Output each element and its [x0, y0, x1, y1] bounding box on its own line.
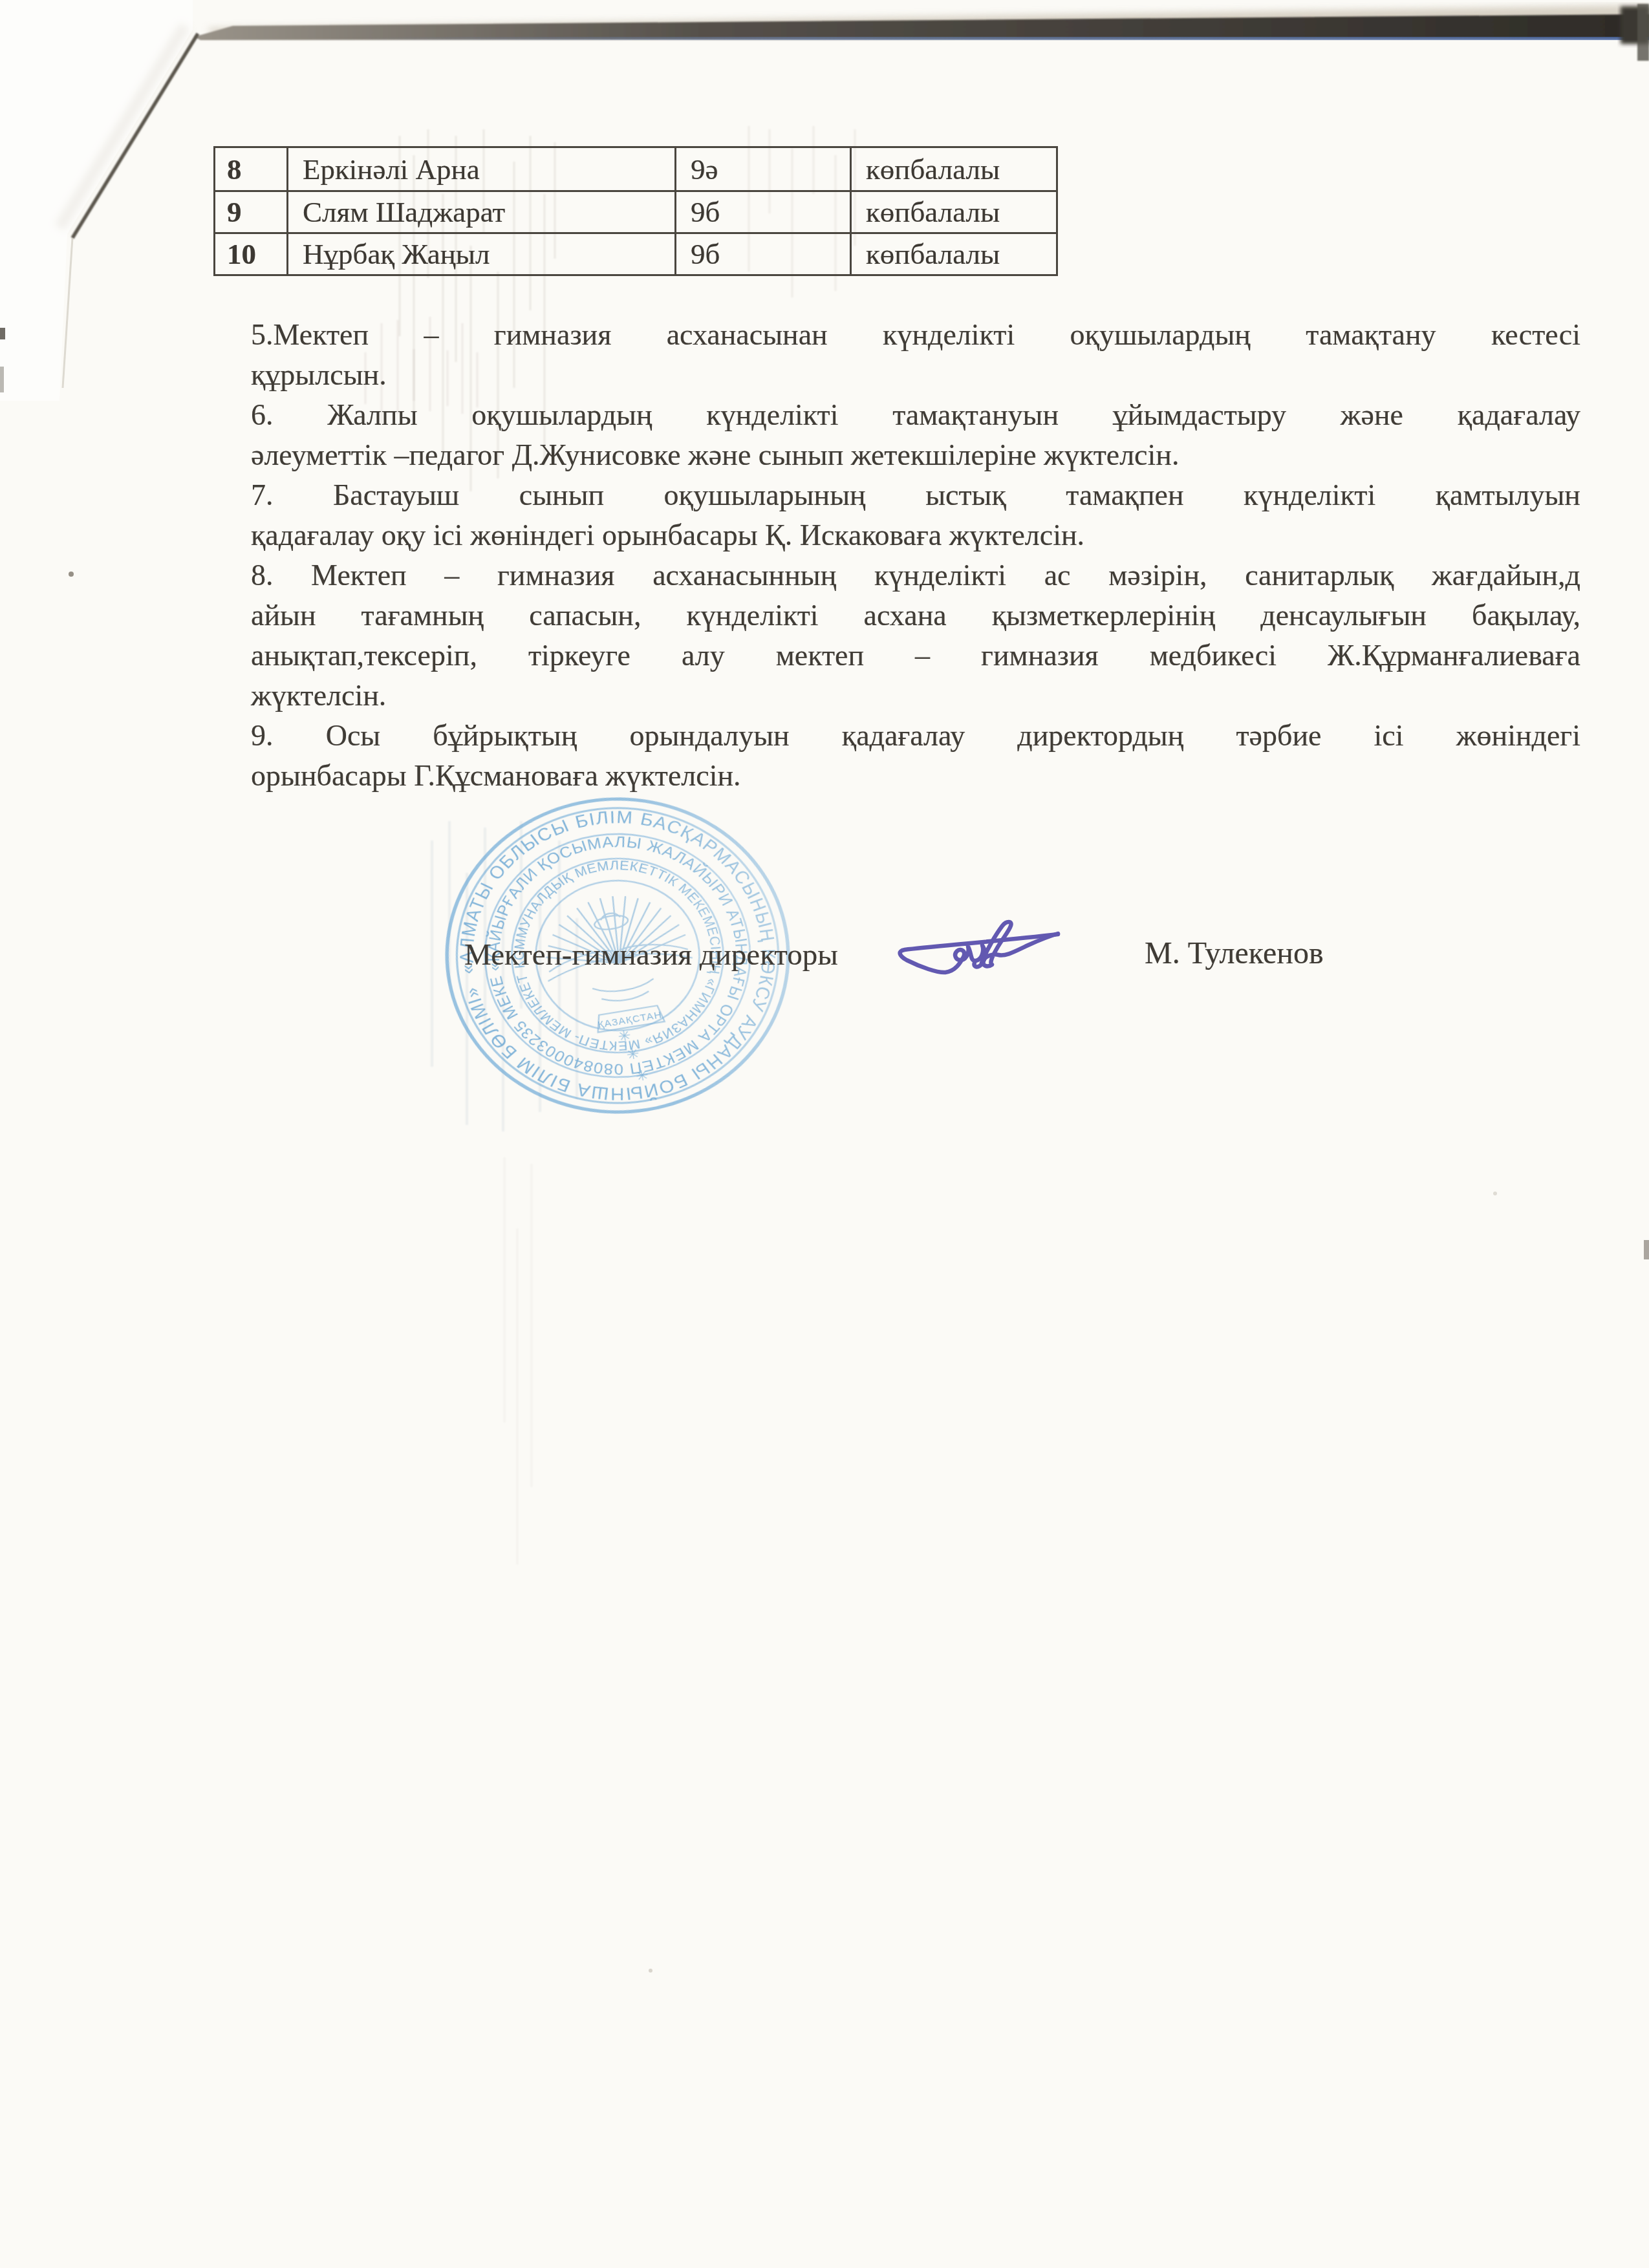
- speck-mid-right: [1493, 1192, 1497, 1195]
- left-edge-speck: [0, 328, 5, 339]
- paragraph-line: айын тағамның сапасын, күнделікті асхана…: [251, 595, 1580, 636]
- table-cell-name: Слям Шаджарат: [286, 190, 674, 232]
- paragraph-line: орынбасары Г.Құсмановаға жүктелсін.: [251, 756, 1580, 796]
- table-cell-category: көпбалалы: [850, 190, 1056, 232]
- paragraph-line: анықтап,тексеріп, тіркеуге алу мектеп – …: [251, 636, 1580, 676]
- emblem-shanyrak: [594, 914, 629, 932]
- streak-cluster-stamp: [432, 821, 577, 1131]
- streak-cluster-lower: [504, 1157, 532, 1565]
- paragraph-line: 8. Мектеп – гимназия асханасынның күндел…: [251, 555, 1580, 595]
- corner-blob-edge: [1637, 4, 1649, 61]
- director-name: М. Тулекенов: [1145, 934, 1324, 973]
- paragraph-line: қадағалау оқу ісі жөніндегі орынбасары Қ…: [251, 515, 1580, 555]
- top-edge-band: [194, 14, 1649, 40]
- table-cell-category: көпбалалы: [850, 232, 1056, 274]
- left-edge-speck-2: [0, 367, 4, 392]
- top-edge-shadow: [207, 5, 1649, 35]
- student-table: 8 Еркінәлі Арна 9ә көпбалалы 9 Слям Шадж…: [213, 146, 1058, 276]
- scanned-document-page: «АЛМАТЫ ОБЛЫСЫ БІЛІМ БАСҚАРМАСЫНЫҢ КӨКСУ…: [0, 0, 1649, 2268]
- table-cell-num: 8: [215, 148, 286, 190]
- emblem-lower-arcs: [592, 979, 656, 1005]
- paragraph-line: 5.Мектеп – гимназия асханасынан күнделік…: [251, 315, 1580, 355]
- handwritten-signature: [892, 915, 1067, 979]
- speck-left: [69, 572, 74, 577]
- table-cell-grade: 9ә: [674, 148, 850, 190]
- stamp-asterisk-separators: ✳✳✳: [616, 1025, 650, 1086]
- emblem-shanyrak-arc: [599, 912, 620, 920]
- paragraph-line: 9. Осы бұйрықтың орындалуын қадағалау ди…: [251, 716, 1580, 756]
- top-edge-blue-line: [362, 37, 1649, 40]
- paragraph-line: 6. Жалпы оқушылардың күнделікті тамақтан…: [251, 395, 1580, 435]
- emblem-banner-text: ҚАЗАҚСТАН: [597, 1010, 663, 1031]
- svg-text:✳: ✳: [616, 1027, 632, 1045]
- signature-stroke-tail: [982, 922, 1058, 966]
- corner-diagonal-line: [72, 34, 198, 238]
- table-cell-num: 9: [215, 190, 286, 232]
- speck-bottom: [649, 1969, 652, 1973]
- table-cell-name: Еркінәлі Арна: [286, 148, 674, 190]
- table-cell-category: көпбалалы: [850, 148, 1056, 190]
- table-cell-grade: 9б: [674, 232, 850, 274]
- corner-edge-continuation: [63, 238, 72, 388]
- corner-diagonal-shadow: [59, 26, 185, 228]
- emblem-banner: [595, 1005, 665, 1032]
- svg-text:✳: ✳: [625, 1045, 641, 1064]
- corner-lid-area: [0, 0, 193, 401]
- right-edge-speck: [1644, 1240, 1649, 1259]
- signature-stroke-main: [900, 934, 1058, 972]
- order-paragraphs: 5.Мектеп – гимназия асханасынан күнделік…: [251, 315, 1580, 796]
- svg-text:✳: ✳: [634, 1066, 650, 1084]
- paragraph-line: әлеуметтік –педагог Д.Жунисовке және сын…: [251, 435, 1580, 475]
- paragraph-line: жүктелсін.: [251, 676, 1580, 716]
- table-cell-num: 10: [215, 232, 286, 274]
- paragraph-line: құрылсын.: [251, 355, 1580, 395]
- director-role-label: Мектеп-гимназия директоры: [464, 936, 838, 974]
- table-cell-grade: 9б: [674, 190, 850, 232]
- table-cell-name: Нұрбақ Жаңыл: [286, 232, 674, 274]
- paragraph-line: 7. Бастауыш сынып оқушыларының ыстық там…: [251, 475, 1580, 515]
- corner-blob: [1621, 6, 1649, 44]
